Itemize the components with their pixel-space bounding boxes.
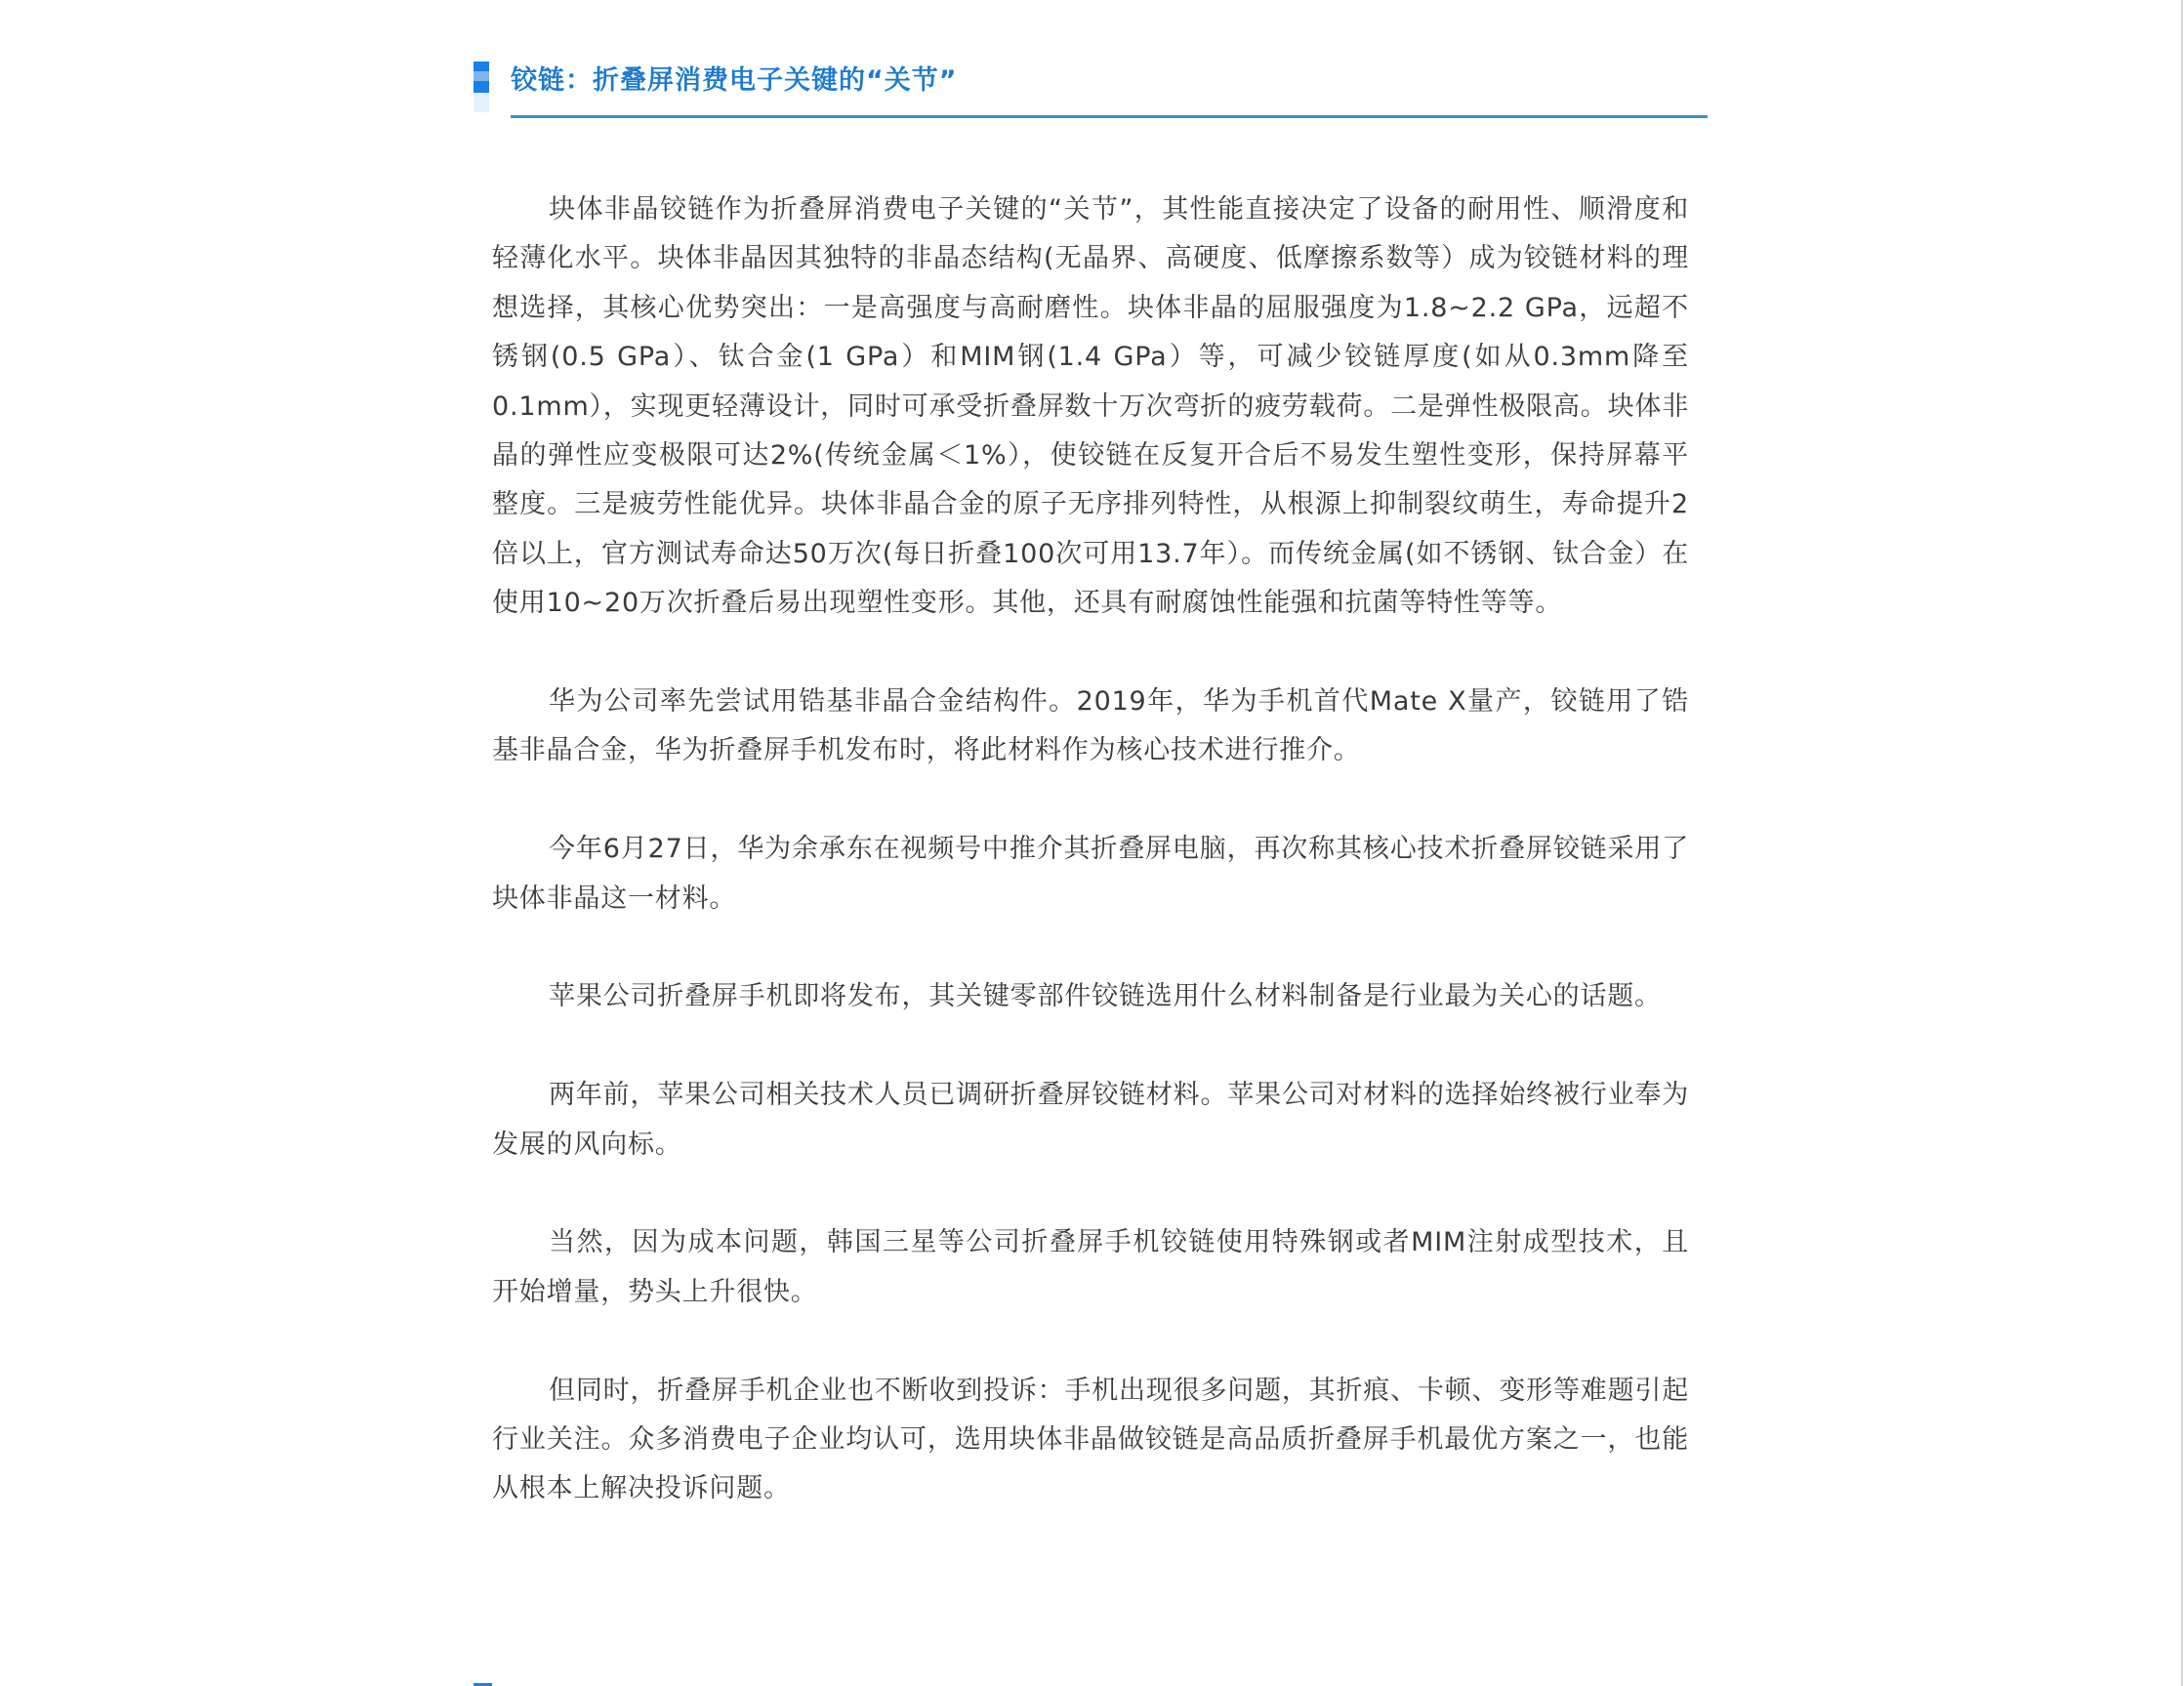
article-body: 块体非晶铰链作为折叠屏消费电子关键的“关节”，其性能直接决定了设备的耐用性、顺滑…: [492, 185, 1689, 1563]
title-divider: [511, 115, 1708, 118]
page-edge-border: [2181, 0, 2183, 1686]
section-header: 铰链：折叠屏消费电子关键的“关节”: [474, 59, 1709, 119]
marker-segment: [474, 93, 489, 112]
paragraph-huawei-laptop: 今年6月27日，华为余承东在视频号中推介其折叠屏电脑，再次称其核心技术折叠屏铰链…: [492, 825, 1689, 924]
paragraph-complaints: 但同时，折叠屏手机企业也不断收到投诉：手机出现很多问题，其折痕、卡顿、变形等难题…: [492, 1367, 1689, 1514]
paragraph-samsung-cost: 当然，因为成本问题，韩国三星等公司折叠屏手机铰链使用特殊钢或者MIM注射成型技术…: [492, 1218, 1689, 1317]
marker-segment: [474, 71, 489, 81]
paragraph-hinge-advantages: 块体非晶铰链作为折叠屏消费电子关键的“关节”，其性能直接决定了设备的耐用性、顺滑…: [492, 185, 1689, 629]
paragraph-apple-research: 两年前，苹果公司相关技术人员已调研折叠屏铰链材料。苹果公司对材料的选择始终被行业…: [492, 1071, 1689, 1170]
paragraph-apple-release: 苹果公司折叠屏手机即将发布，其关键零部件铰链选用什么材料制备是行业最为关心的话题…: [492, 972, 1689, 1021]
section-marker-icon: [474, 62, 489, 112]
marker-segment: [474, 81, 489, 93]
section-title: 铰链：折叠屏消费电子关键的“关节”: [511, 63, 958, 99]
paragraph-huawei-matex: 华为公司率先尝试用锆基非晶合金结构件。2019年，华为手机首代Mate X量产，…: [492, 678, 1689, 776]
marker-segment: [474, 62, 489, 71]
